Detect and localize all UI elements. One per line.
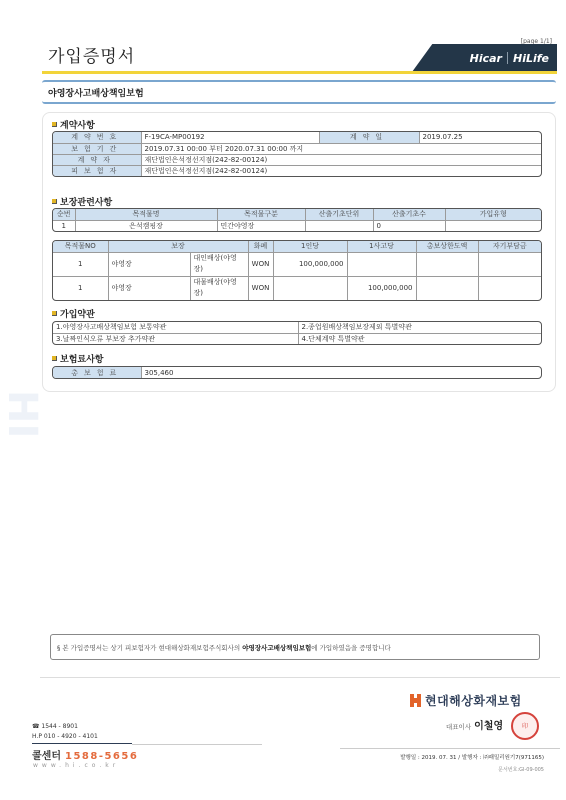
contract-date-label: 계약일 (319, 132, 419, 143)
table-row: 계약자 재단법인은석정선지점(242-82-00124) (53, 154, 541, 165)
cell (347, 252, 416, 276)
col-header: 1사고당 (347, 241, 416, 252)
cell (305, 220, 373, 231)
col-header: 총보상한도액 (416, 241, 478, 252)
cert-product: 야영장사고배상책임보험 (242, 644, 311, 652)
col-header: 순번 (53, 209, 75, 220)
table-row: 계약번호 F-19CA-MP00192 계약일 2019.07.25 (53, 132, 541, 143)
phone: ☎ 1544 - 8901 (32, 723, 78, 730)
certification-statement: § 본 가입증명서는 상기 피보험자가 현대해상화재보험주식회사의 야영장사고배… (50, 634, 540, 660)
col-header: 화폐 (248, 241, 273, 252)
col-header: 가입유형 (445, 209, 541, 220)
cell: 야영장 (108, 276, 190, 300)
call-center-label: 콜센터 (32, 751, 61, 762)
table-row: 1.야영장사고배상책임보험 보통약관 2.종업원배상책임보장제외 특별약관 (53, 322, 541, 333)
call-center-number: 1588-5656 (65, 751, 138, 762)
cell (478, 252, 541, 276)
document-title: 가입증명서 (48, 42, 135, 67)
cell: 100,000,000 (273, 252, 347, 276)
period-value: 2019.07.31 00:00 부터 2020.07.31 00:00 까지 (141, 143, 541, 154)
document-number: 문서번호:GI-09-005 (498, 766, 544, 773)
section-contract: 계약사항 (52, 118, 95, 131)
col-header: 산출기초단위 (305, 209, 373, 220)
mobile: H.P 010 - 4920 - 4101 (32, 733, 98, 740)
divider (40, 677, 560, 678)
term-item: 1.야영장사고배상책임보험 보통약관 (53, 322, 298, 333)
col-header: 목적물구분 (217, 209, 305, 220)
col-header: 보장 (108, 241, 248, 252)
col-header: 목적물NO (53, 241, 108, 252)
contract-no-value: F-19CA-MP00192 (141, 132, 319, 143)
col-header: 자기부담금 (478, 241, 541, 252)
issue-info: 발행일 : 2019. 07. 31 / 발행자 : ㈜패밀리원기7(97116… (400, 753, 544, 761)
brand-separator (507, 52, 508, 64)
term-item: 3.날짜인식오류 부보장 추가약관 (53, 333, 298, 344)
title-underline (42, 71, 557, 74)
divider (340, 748, 560, 749)
section-premium: 보험료사항 (52, 352, 103, 365)
cell: 야영장 (108, 252, 190, 276)
table-row: 1 은석캠핑장 민간야영장 0 (53, 220, 541, 231)
page-indicator: [page 1/1] (521, 38, 552, 45)
ceo-name: 이철영 (474, 721, 503, 732)
contract-table: 계약번호 F-19CA-MP00192 계약일 2019.07.25 보험기간 … (52, 131, 542, 177)
term-item: 4.단체계약 특별약관 (298, 333, 541, 344)
brand-hilife: HiLife (513, 52, 549, 65)
bullet-icon (52, 311, 57, 316)
table-header-row: 목적물NO 보장 화폐 1인당 1사고당 총보상한도액 자기부담금 (53, 241, 541, 252)
contract-no-label: 계약번호 (53, 132, 141, 143)
premium-table: 총보험료 305,460 (52, 366, 542, 379)
cell: 은석캠핑장 (75, 220, 217, 231)
col-header: 산출기초수 (373, 209, 445, 220)
table-row: 1 야영장 대인배상(야영장) WON 100,000,000 (53, 252, 541, 276)
cell: 대물배상(야영장) (190, 276, 248, 300)
object-table: 순번 목적물명 목적물구분 산출기초단위 산출기초수 가입유형 1 은석캠핑장 … (52, 208, 542, 232)
section-coverage-title: 보장관련사항 (60, 195, 112, 208)
cell: WON (248, 252, 273, 276)
cell: 1 (53, 220, 75, 231)
website: www.hi.co.kr (33, 762, 119, 769)
ceo-line: 대표이사이철영 (446, 717, 503, 732)
company-name: 현대해상화재보험 (425, 692, 522, 709)
policyholder-label: 계약자 (53, 154, 141, 165)
policyholder-value: 재단법인은석정선지점(242-82-00124) (141, 154, 541, 165)
table-row: 보험기간 2019.07.31 00:00 부터 2020.07.31 00:0… (53, 143, 541, 154)
section-terms-title: 가입약관 (60, 307, 95, 320)
section-mark: § (57, 644, 60, 652)
ceo-title: 대표이사 (446, 723, 471, 731)
cell: 대인배상(야영장) (190, 252, 248, 276)
col-header: 목적물명 (75, 209, 217, 220)
cell (416, 252, 478, 276)
divider (132, 744, 262, 745)
terms-table: 1.야영장사고배상책임보험 보통약관 2.종업원배상책임보장제외 특별약관 3.… (52, 321, 542, 345)
bullet-icon (52, 199, 57, 204)
col-header: 1인당 (273, 241, 347, 252)
product-name-bar: 야영장사고배상책임보험 (42, 80, 556, 104)
contract-date-value: 2019.07.25 (419, 132, 541, 143)
cert-text-end: 에 가입하였음을 증명합니다 (311, 644, 390, 652)
cell: 0 (373, 220, 445, 231)
cell (445, 220, 541, 231)
company-seal-icon: 印 (511, 712, 539, 740)
coverage-detail-table: 목적물NO 보장 화폐 1인당 1사고당 총보상한도액 자기부담금 1 야영장 … (52, 240, 542, 301)
total-premium-label: 총보험료 (53, 367, 141, 378)
section-terms: 가입약관 (52, 307, 95, 320)
cell: WON (248, 276, 273, 300)
company-logo: 현대해상화재보험 (410, 692, 522, 709)
insured-label: 피보험자 (53, 165, 141, 176)
table-row: 총보험료 305,460 (53, 367, 541, 378)
cell: 1 (53, 276, 108, 300)
table-header-row: 순번 목적물명 목적물구분 산출기초단위 산출기초수 가입유형 (53, 209, 541, 220)
cell (416, 276, 478, 300)
brand-hicar: Hicar (470, 52, 502, 65)
cell: 민간야영장 (217, 220, 305, 231)
cell: 1 (53, 252, 108, 276)
cert-text: 본 가입증명서는 상기 피보험자가 현대해상화재보험주식회사의 (62, 644, 240, 652)
section-premium-title: 보험료사항 (60, 352, 103, 365)
table-row: 3.날짜인식오류 부보장 추가약관 4.단체계약 특별약관 (53, 333, 541, 344)
bullet-icon (52, 356, 57, 361)
section-contract-title: 계약사항 (60, 118, 95, 131)
divider (32, 743, 132, 744)
cell: 100,000,000 (347, 276, 416, 300)
bullet-icon (52, 122, 57, 127)
section-coverage: 보장관련사항 (52, 195, 112, 208)
insured-value: 재단법인은석정선지점(242-82-00124) (141, 165, 541, 176)
total-premium-value: 305,460 (141, 367, 541, 378)
term-item: 2.종업원배상책임보장제외 특별약관 (298, 322, 541, 333)
brand-banner: Hicar HiLife (412, 44, 557, 72)
call-center: 콜센터1588-5656 (32, 747, 138, 762)
watermark: HI (0, 390, 45, 420)
cell (478, 276, 541, 300)
table-row: 피보험자 재단법인은석정선지점(242-82-00124) (53, 165, 541, 176)
period-label: 보험기간 (53, 143, 141, 154)
cell (273, 276, 347, 300)
table-row: 1 야영장 대물배상(야영장) WON 100,000,000 (53, 276, 541, 300)
hyundai-h-icon (410, 694, 421, 707)
